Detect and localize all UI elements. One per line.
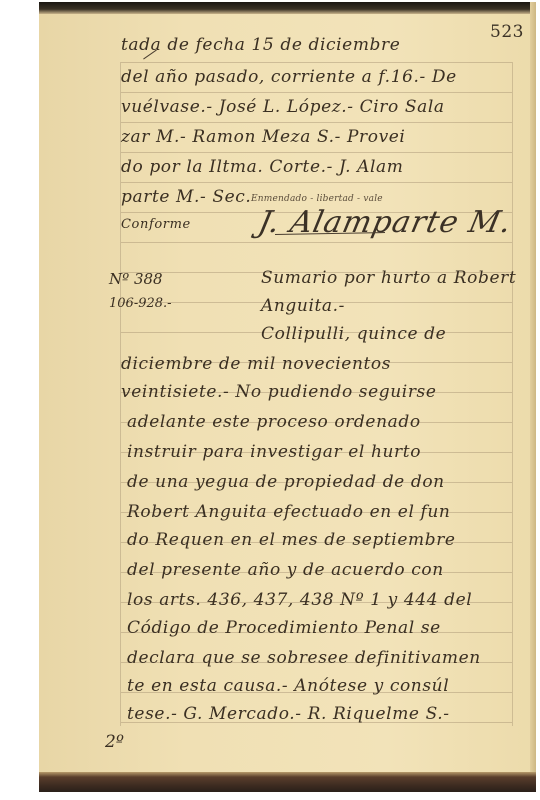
ruled-line xyxy=(121,182,512,183)
secretary-signature: J. Alamparte M. xyxy=(255,205,515,240)
case-number: Nº 388 xyxy=(109,270,163,288)
prev-entry-line: del año pasado, corriente a f.16.- De xyxy=(121,67,457,87)
entry-body-line: instruir para investigar el hurto xyxy=(127,442,421,462)
entry-body-line: diciembre de mil novecientos xyxy=(121,354,391,374)
prev-entry-line: zar M.- Ramon Meza S.- Provei xyxy=(121,127,405,147)
prev-entry-line: vuélvase.- José L. López.- Ciro Sala xyxy=(121,97,445,117)
entry-title-line: Sumario por hurto a Robert xyxy=(261,268,516,288)
page-top-edge xyxy=(39,2,536,14)
resolution-marker: 2º xyxy=(105,732,124,752)
entry-body-line: Collipulli, quince de xyxy=(261,324,446,344)
conforme-label: Conforme xyxy=(121,217,191,232)
entry-body-line: Código de Procedimiento Penal se xyxy=(127,618,441,638)
book-binding xyxy=(39,772,536,792)
case-reference: 106-928.- xyxy=(109,296,172,311)
page-number: 523 xyxy=(490,22,524,42)
entry-title-line: Anguita.- xyxy=(261,296,345,316)
ruled-line xyxy=(121,92,512,93)
entry-body-line: te en esta causa.- Anótese y consúl xyxy=(127,676,449,696)
entry-body-line: do Requen en el mes de septiembre xyxy=(127,530,456,550)
entry-body-line: tese.- G. Mercado.- R. Riquelme S.- xyxy=(127,704,450,724)
entry-body-line: veintisiete.- No pudiendo seguirse xyxy=(121,382,437,402)
ruled-line xyxy=(121,152,512,153)
ruled-line xyxy=(121,122,512,123)
ruled-line xyxy=(121,62,512,63)
entry-body-line: Robert Anguita efectuado en el fun xyxy=(127,502,450,522)
entry-body-line: los arts. 436, 437, 438 Nº 1 y 444 del xyxy=(127,590,472,610)
ruled-line xyxy=(121,242,512,243)
prev-entry-line: do por la Iltma. Corte.- J. Alam xyxy=(121,157,403,177)
amendment-note: Enmendado - libertad - vale xyxy=(251,194,383,204)
entry-body-line: declara que se sobresee definitivamen xyxy=(127,648,481,668)
page-right-edge xyxy=(530,2,536,792)
entry-body-line: de una yegua de propiedad de don xyxy=(127,472,445,492)
entry-body-line: adelante este proceso ordenado xyxy=(127,412,421,432)
prev-entry-line: parte M.- Sec. xyxy=(121,187,251,207)
entry-body-line: del presente año y de acuerdo con xyxy=(127,560,444,580)
prev-entry-line: tada de fecha 15 de diciembre xyxy=(121,35,400,55)
document-page: 523 tada de fecha 15 de diciembre del añ… xyxy=(39,2,536,792)
